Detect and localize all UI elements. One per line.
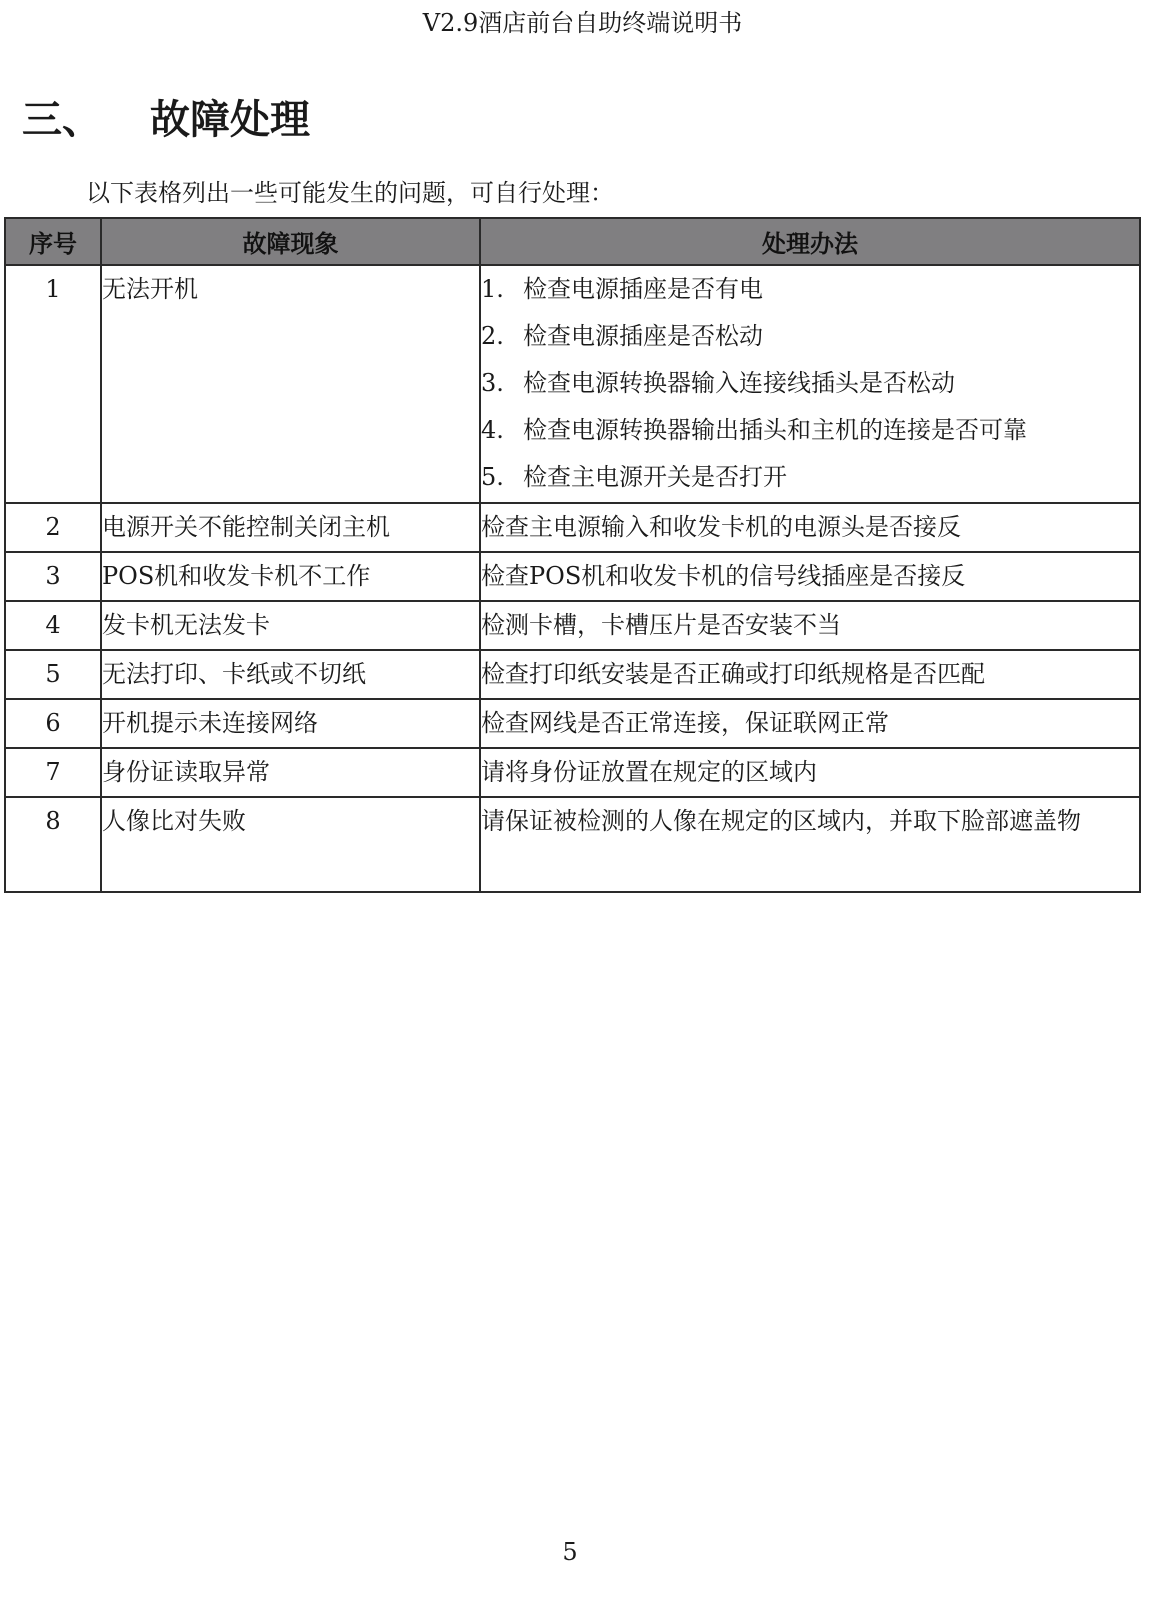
row-solution: 检查网线是否正常连接，保证联网正常 — [480, 699, 1140, 748]
solution-step: 2.检查电源插座是否松动 — [481, 313, 1139, 360]
solution-step: 3.检查电源转换器输入连接线插头是否松动 — [481, 360, 1139, 407]
row-index: 5 — [5, 650, 101, 699]
header-symptom: 故障现象 — [101, 218, 480, 265]
row-symptom: 电源开关不能控制关闭主机 — [101, 503, 480, 552]
intro-paragraph: 以下表格列出一些可能发生的问题，可自行处理： — [86, 176, 614, 210]
table-row: 7 身份证读取异常 请将身份证放置在规定的区域内 — [5, 748, 1140, 797]
row-solution: 请将身份证放置在规定的区域内 — [480, 748, 1140, 797]
table-row: 5 无法打印、卡纸或不切纸 检查打印纸安装是否正确或打印纸规格是否匹配 — [5, 650, 1140, 699]
troubleshooting-table: 序号 故障现象 处理办法 1 无法开机 1.检查电源插座是否有电 2.检查电源插… — [4, 217, 1141, 893]
row-symptom: 无法开机 — [101, 265, 480, 503]
row-symptom: 身份证读取异常 — [101, 748, 480, 797]
row-symptom: 开机提示未连接网络 — [101, 699, 480, 748]
solution-step: 5.检查主电源开关是否打开 — [481, 454, 1139, 501]
row-solution: 检查POS机和收发卡机的信号线插座是否接反 — [480, 552, 1140, 601]
row-solution: 检查主电源输入和收发卡机的电源头是否接反 — [480, 503, 1140, 552]
row-index: 1 — [5, 265, 101, 503]
row-index: 2 — [5, 503, 101, 552]
row-index: 6 — [5, 699, 101, 748]
row-index: 8 — [5, 797, 101, 892]
page-number: 5 — [0, 1536, 1140, 1568]
solution-step: 4.检查电源转换器输出插头和主机的连接是否可靠 — [481, 407, 1139, 454]
row-solution: 检查打印纸安装是否正确或打印纸规格是否匹配 — [480, 650, 1140, 699]
table-header-row: 序号 故障现象 处理办法 — [5, 218, 1140, 265]
running-header: V2.9酒店前台自助终端说明书 — [0, 6, 1165, 40]
header-solution: 处理办法 — [480, 218, 1140, 265]
table-row: 2 电源开关不能控制关闭主机 检查主电源输入和收发卡机的电源头是否接反 — [5, 503, 1140, 552]
row-index: 7 — [5, 748, 101, 797]
table-row: 6 开机提示未连接网络 检查网线是否正常连接，保证联网正常 — [5, 699, 1140, 748]
table-row: 4 发卡机无法发卡 检测卡槽，卡槽压片是否安装不当 — [5, 601, 1140, 650]
row-index: 3 — [5, 552, 101, 601]
row-symptom: 发卡机无法发卡 — [101, 601, 480, 650]
section-number: 三、 — [22, 94, 150, 146]
row-solution: 检测卡槽，卡槽压片是否安装不当 — [480, 601, 1140, 650]
row-symptom: POS机和收发卡机不工作 — [101, 552, 480, 601]
section-heading: 三、 故障处理 — [22, 94, 310, 146]
solution-step: 1.检查电源插座是否有电 — [481, 266, 1139, 313]
row-solution-steps: 1.检查电源插座是否有电 2.检查电源插座是否松动 3.检查电源转换器输入连接线… — [480, 265, 1140, 503]
row-symptom: 无法打印、卡纸或不切纸 — [101, 650, 480, 699]
table-row: 8 人像比对失败 请保证被检测的人像在规定的区域内，并取下脸部遮盖物 — [5, 797, 1140, 892]
row-index: 4 — [5, 601, 101, 650]
table-row: 1 无法开机 1.检查电源插座是否有电 2.检查电源插座是否松动 3.检查电源转… — [5, 265, 1140, 503]
row-solution: 请保证被检测的人像在规定的区域内，并取下脸部遮盖物 — [480, 797, 1140, 892]
table-row: 3 POS机和收发卡机不工作 检查POS机和收发卡机的信号线插座是否接反 — [5, 552, 1140, 601]
header-index: 序号 — [5, 218, 101, 265]
row-symptom: 人像比对失败 — [101, 797, 480, 892]
section-title: 故障处理 — [150, 94, 310, 146]
